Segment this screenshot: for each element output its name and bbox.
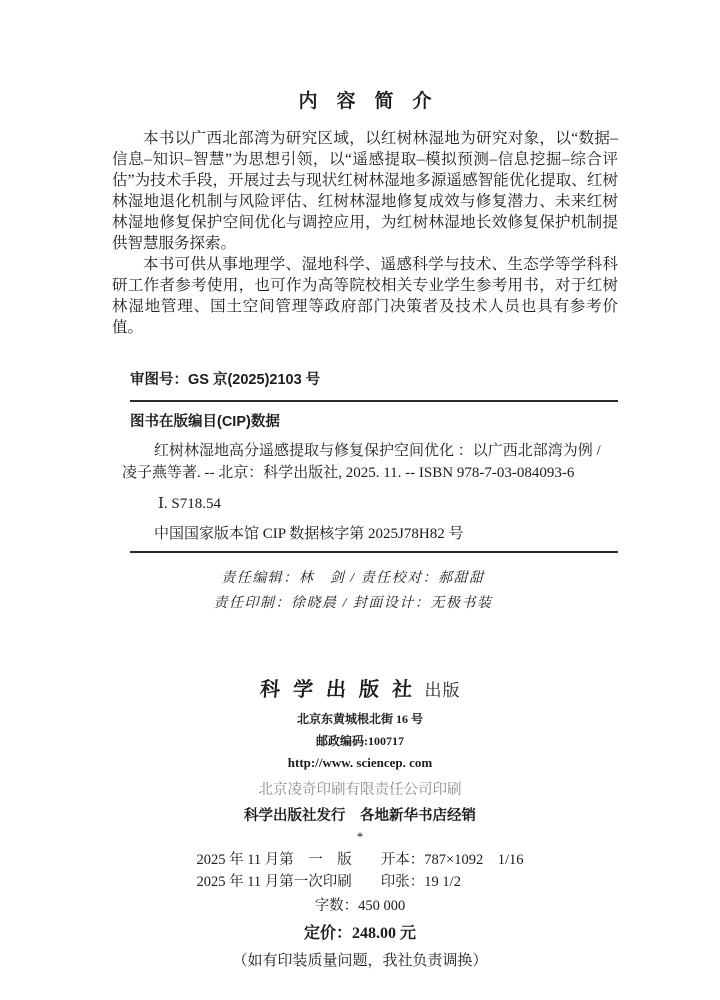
publisher-website: http://www. sciencep. com bbox=[0, 755, 720, 771]
staff-credits: 责任编辑：林 剑 / 责任校对：郝甜甜 责任印制：徐晓晨 / 封面设计：无极书装 bbox=[100, 566, 606, 616]
intro-paragraph-1: 本书以广西北部湾为研究区域，以红树林湿地为研究对象，以“数据–信息–知识–智慧”… bbox=[112, 128, 618, 254]
cip-entry-line-2: 凌子燕等著. -- 北京：科学出版社, 2025. 11. -- ISBN 97… bbox=[112, 462, 618, 484]
divider-line-top bbox=[130, 400, 618, 402]
edition-info-wrap: 2025 年 11 月第 一 版 开本：787×1092 1/16 2025 年… bbox=[0, 849, 720, 893]
cip-classification: Ⅰ. S718.54 bbox=[112, 494, 618, 513]
edition-line: 2025 年 11 月第 一 版 开本：787×1092 1/16 bbox=[196, 849, 523, 871]
word-count: 字数：450 000 bbox=[0, 894, 720, 915]
edition-info: 2025 年 11 月第 一 版 开本：787×1092 1/16 2025 年… bbox=[196, 849, 523, 893]
price: 定价：248.00 元 bbox=[0, 920, 720, 943]
cip-entry-line-1: 红树林湿地高分遥感提取与修复保护空间优化 ：以广西北部湾为例 / bbox=[112, 440, 618, 462]
main-text-block: 内 容 简 介 本书以广西北部湾为研究区域，以红树林湿地为研究对象，以“数据–信… bbox=[112, 0, 618, 616]
publisher-suffix: 出版 bbox=[425, 681, 461, 700]
impression-line: 2025 年 11 月第一次印刷 印张：19 1/2 bbox=[196, 871, 523, 893]
exchange-note: （如有印装质量问题，我社负责调换） bbox=[0, 949, 720, 970]
copyright-page: 内 容 简 介 本书以广西北部湾为研究区域，以红树林湿地为研究对象，以“数据–信… bbox=[0, 0, 720, 1000]
publisher-address: 北京东黄城根北街 16 号 bbox=[0, 710, 720, 727]
cip-heading: 图书在版编目(CIP)数据 bbox=[112, 410, 618, 431]
cip-registry-number: 中国国家版本馆 CIP 数据核字第 2025J78H82 号 bbox=[112, 522, 618, 543]
divider-line-bottom bbox=[130, 551, 618, 553]
credits-line-print-design: 责任印制：徐晓晨 / 封面设计：无极书装 bbox=[100, 591, 606, 616]
map-approval-number: 审图号：GS 京(2025)2103 号 bbox=[112, 368, 618, 389]
credits-line-editors: 责任编辑：林 剑 / 责任校对：郝甜甜 bbox=[100, 566, 606, 591]
publisher-postcode: 邮政编码:100717 bbox=[0, 732, 720, 749]
printer-name: 北京凌奇印刷有限责任公司印刷 bbox=[0, 778, 720, 799]
publisher-name-line: 科学出版社出版 bbox=[0, 678, 720, 703]
intro-title: 内 容 简 介 bbox=[112, 86, 618, 113]
publisher-imprint-block: 科学出版社出版 北京东黄城根北街 16 号 邮政编码:100717 http:/… bbox=[0, 678, 720, 970]
star-divider: * bbox=[0, 829, 720, 845]
distribution-line: 科学出版社发行 各地新华书店经销 bbox=[0, 804, 720, 825]
intro-paragraph-2: 本书可供从事地理学、湿地科学、遥感科学与技术、生态学等学科科研工作者参考使用，也… bbox=[112, 254, 618, 338]
publisher-logo-text: 科学出版社 bbox=[259, 678, 426, 702]
